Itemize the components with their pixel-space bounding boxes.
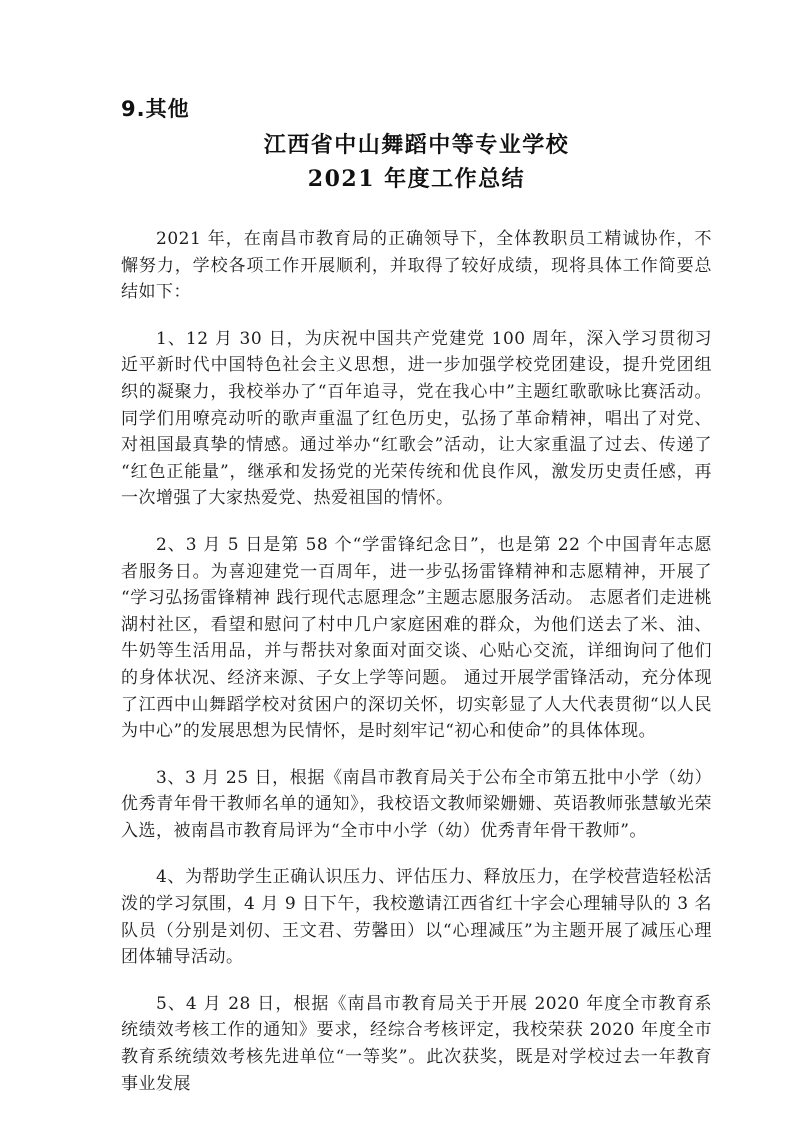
document-body: 2021 年，在南昌市教育局的正确领导下，全体教职员工精诚协作，不懈努力，学校各… xyxy=(121,226,712,1097)
body-paragraph-item-2: 2、3 月 5 日是第 58 个“学雷锋纪念日”，也是第 22 个中国青年志愿者… xyxy=(121,532,712,745)
body-paragraph-item-3: 3、3 月 25 日，根据《南昌市教育局关于公布全市第五批中小学（幼）优秀青年骨… xyxy=(121,765,712,845)
document-title-report-name: 2021 年度工作总结 xyxy=(121,162,712,196)
body-paragraph-item-5: 5、4 月 28 日，根据《南昌市教育局关于开展 2020 年度全市教育系统绩效… xyxy=(121,991,712,1097)
document-title-school-name: 江西省中山舞蹈中等专业学校 xyxy=(121,128,712,162)
body-paragraph-intro: 2021 年，在南昌市教育局的正确领导下，全体教职员工精诚协作，不懈努力，学校各… xyxy=(121,226,712,306)
document-content: 9.其他 江西省中山舞蹈中等专业学校 2021 年度工作总结 2021 年，在南… xyxy=(121,0,712,1097)
section-heading: 9.其他 xyxy=(121,96,712,122)
body-paragraph-item-1: 1、12 月 30 日，为庆祝中国共产党建党 100 周年，深入学习贯彻习近平新… xyxy=(121,326,712,512)
body-paragraph-item-4: 4、为帮助学生正确认识压力、评估压力、释放压力，在学校营造轻松活泼的学习氛围，4… xyxy=(121,864,712,970)
document-page: 9.其他 江西省中山舞蹈中等专业学校 2021 年度工作总结 2021 年，在南… xyxy=(0,0,800,1131)
